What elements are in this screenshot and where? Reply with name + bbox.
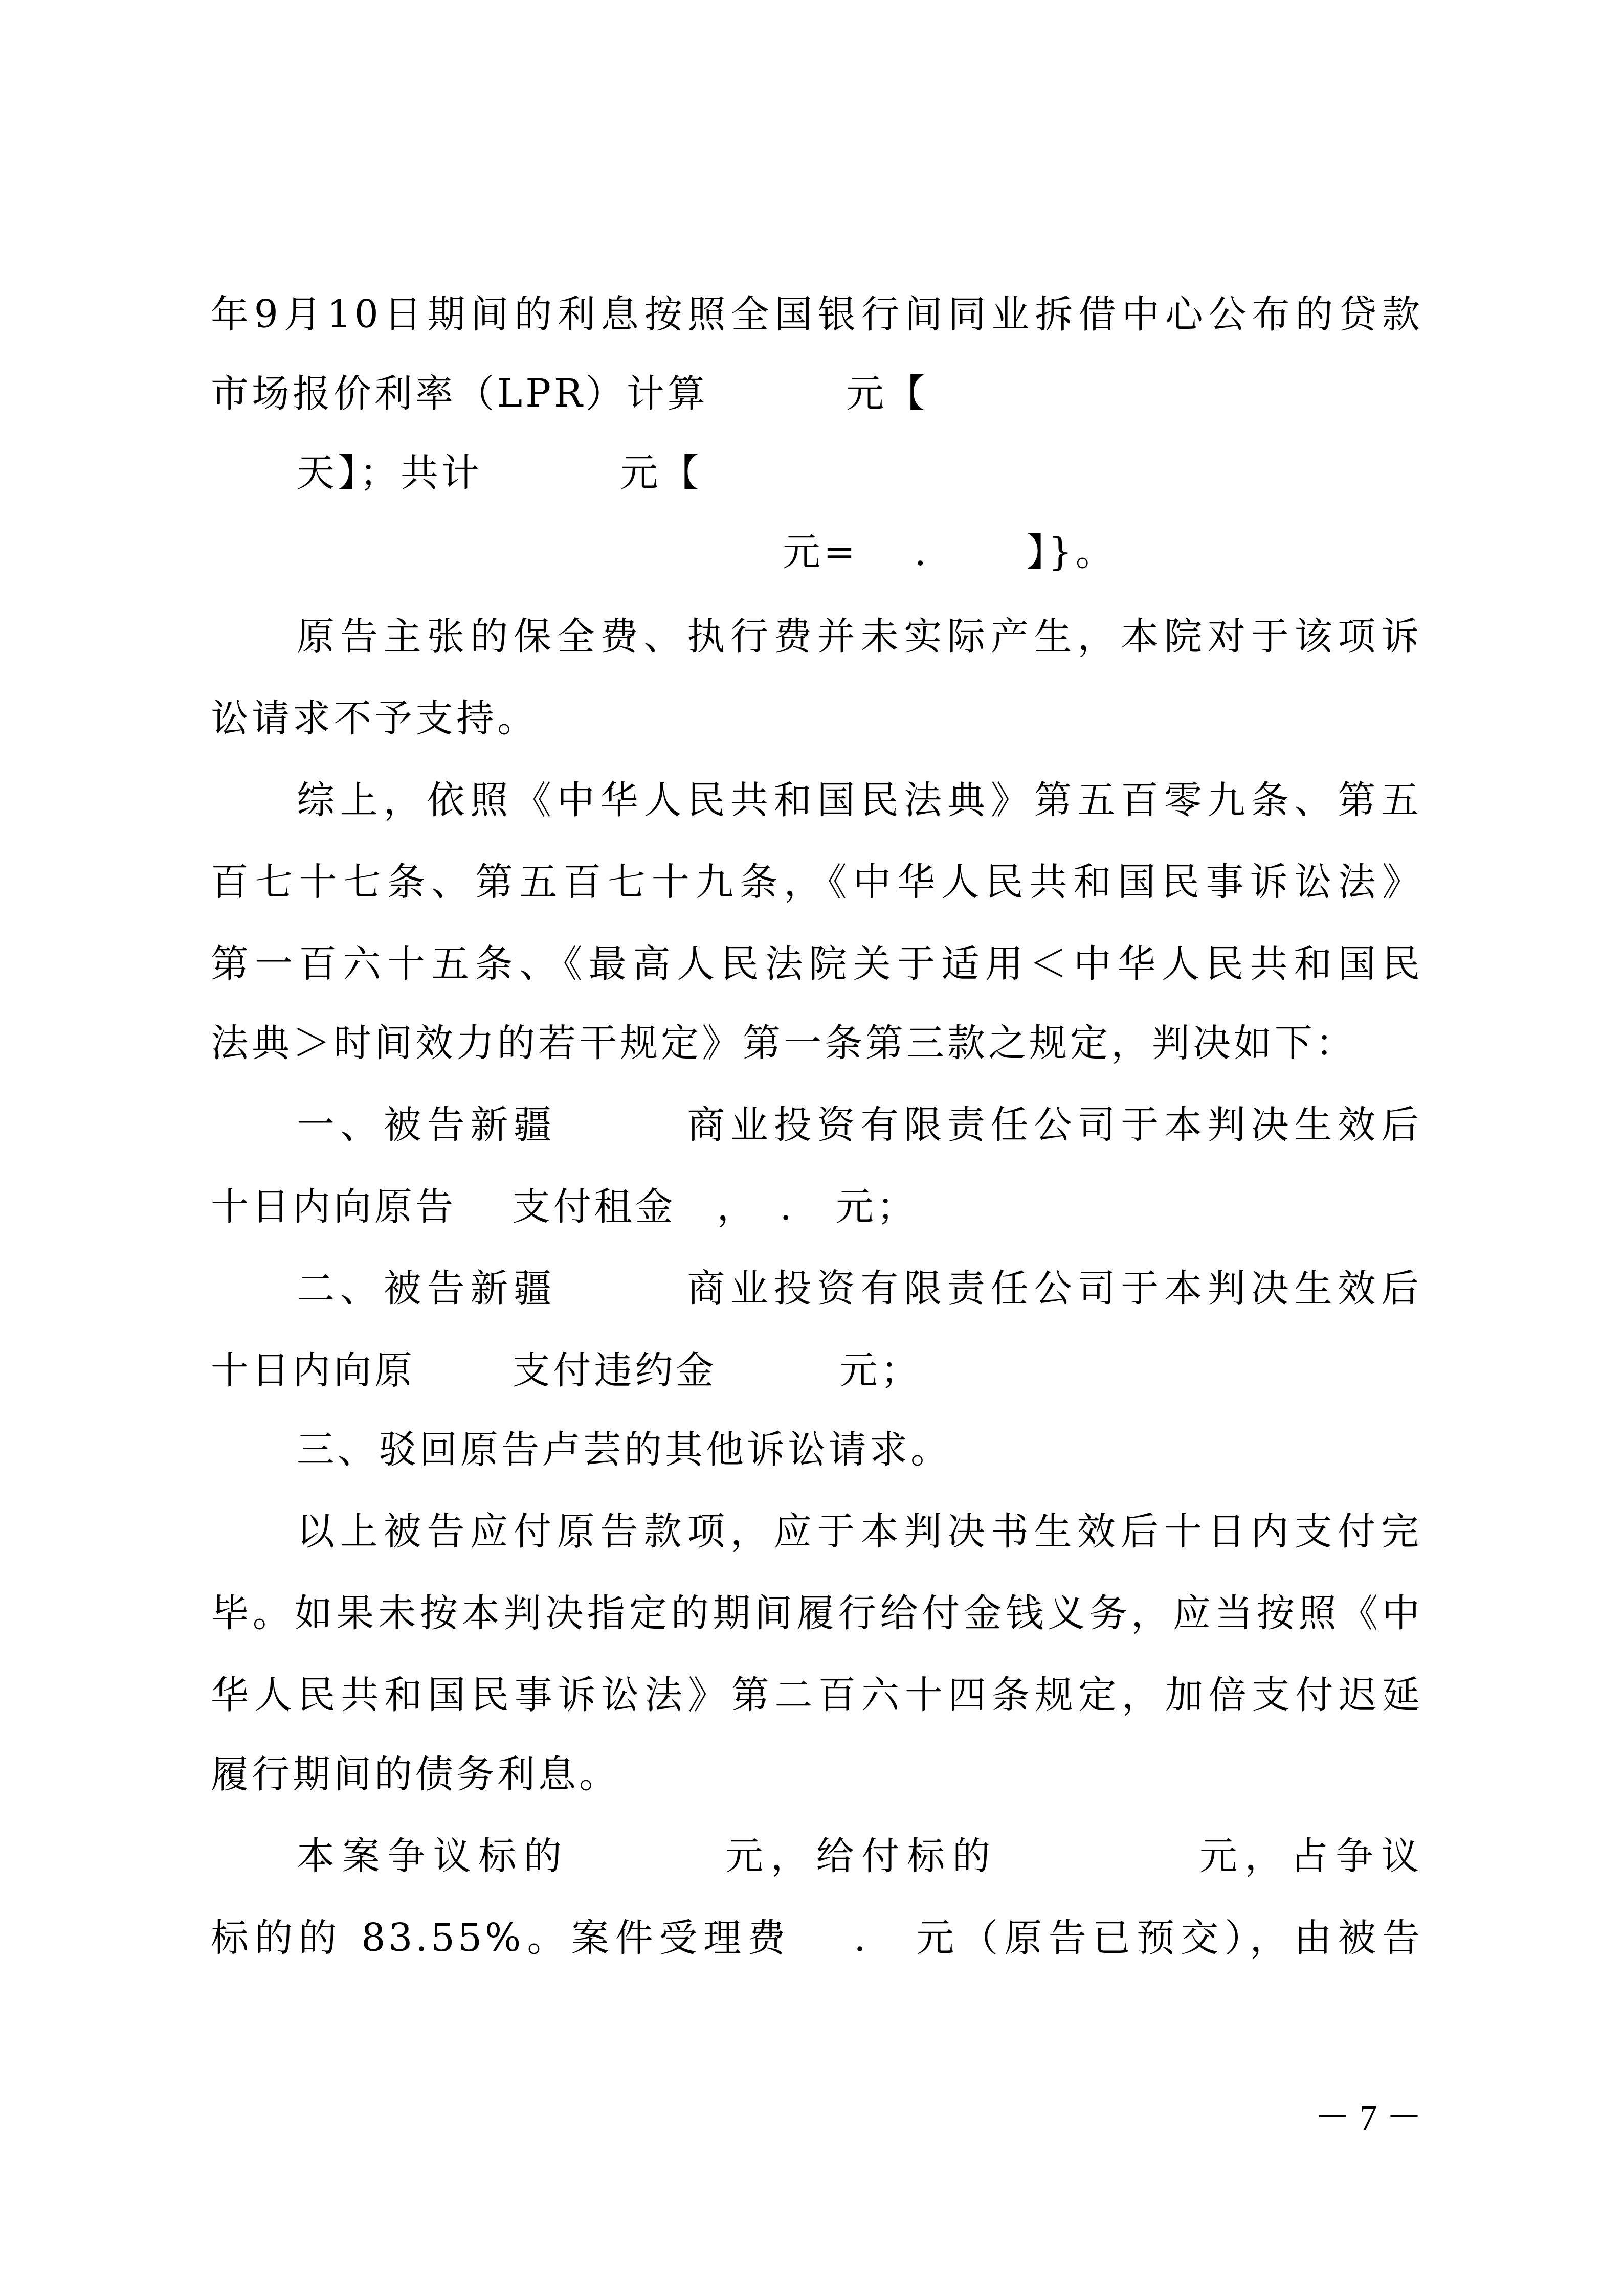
text-line-15: 三、驳回原告卢芸的其他诉讼请求。 — [297, 1424, 951, 1475]
text-line-16: 以上被告应付原告款项，应于本判决书生效后十日内支付完 — [297, 1506, 1422, 1557]
text-line-20: 本案争议标的 元，给付标的 元，占争议 — [297, 1831, 1422, 1882]
text-line-10: 法典＞时间效力的若干规定》第一条第三款之规定，判决如下： — [211, 1018, 1356, 1069]
text-line-18: 华人民共和国民事诉讼法》第二百六十四条规定，加倍支付迟延 — [211, 1670, 1423, 1721]
text-line-6: 讼请求不予支持。 — [211, 693, 538, 744]
text-line-8: 百七十七条、第五百七十九条，《中华人民共和国民事诉讼法》 — [211, 857, 1423, 908]
text-line-2: 市场报价利率（LPR）计算 元【 — [211, 368, 928, 419]
page-number: － 7 － — [1315, 2089, 1422, 2141]
text-line-3: 天】；共计 元【 — [297, 447, 702, 499]
text-line-4: 元= . 】}。 — [783, 527, 1117, 578]
text-line-13: 二、被告新疆 商业投资有限责任公司于本判决生效后 — [297, 1263, 1422, 1314]
text-line-1: 年9月10日期间的利息按照全国银行间同业拆借中心公布的贷款 — [211, 289, 1423, 340]
document-page: 年9月10日期间的利息按照全国银行间同业拆借中心公布的贷款 市场报价利率（LPR… — [0, 0, 1624, 2296]
text-line-9: 第一百六十五条、《最高人民法院关于适用＜中华人民共和国民 — [211, 938, 1423, 989]
text-line-21: 标的的 83.55%。案件受理费 . 元（原告已预交），由被告 — [211, 1912, 1423, 1964]
text-line-5: 原告主张的保全费、执行费并未实际产生，本院对于该项诉 — [297, 611, 1422, 662]
text-line-12: 十日内向原告 支付租金 ， . 元； — [211, 1181, 918, 1232]
text-line-11: 一、被告新疆 商业投资有限责任公司于本判决生效后 — [297, 1099, 1422, 1151]
text-line-17: 毕。如果未按本判决指定的期间履行给付金钱义务，应当按照《中 — [211, 1588, 1423, 1639]
text-line-7: 综上，依照《中华人民共和国民法典》第五百零九条、第五 — [297, 775, 1422, 826]
text-line-19: 履行期间的债务利息。 — [211, 1749, 620, 1800]
text-line-14: 十日内向原 支付违约金 元； — [211, 1345, 922, 1396]
